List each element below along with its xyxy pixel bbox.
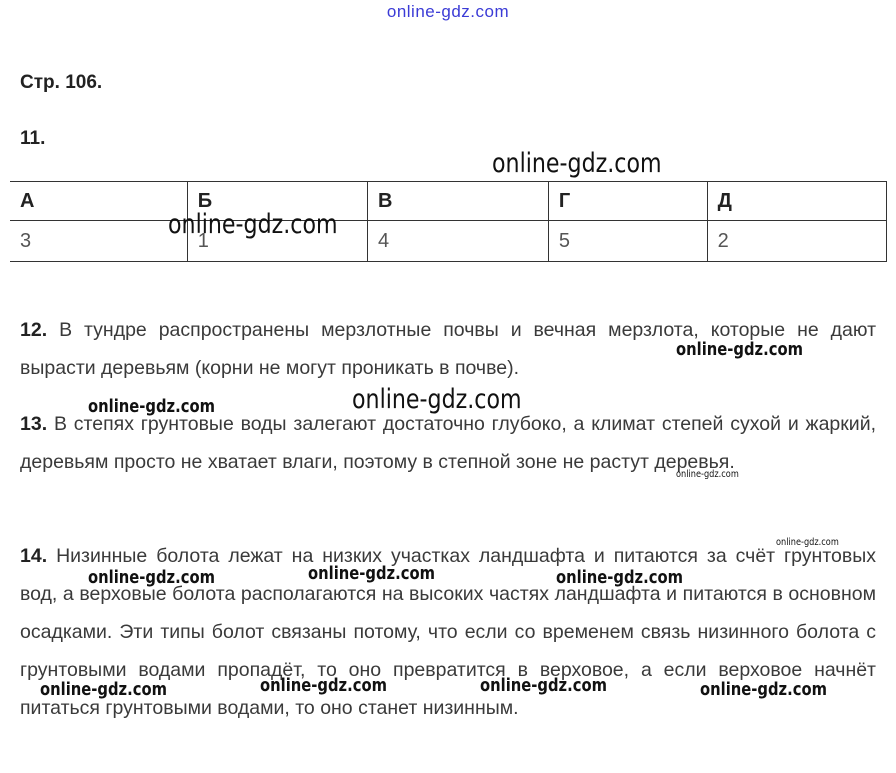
watermark: online-gdz.com (700, 679, 827, 700)
table-cell: 5 (548, 221, 707, 262)
table-cell: 3 (10, 221, 187, 262)
watermark: online-gdz.com (352, 384, 522, 415)
table-header-cell: Г (548, 182, 707, 221)
watermark: online-gdz.com (40, 679, 167, 700)
table-cell: 2 (707, 221, 886, 262)
table-header-row: А Б В Г Д (10, 182, 887, 221)
watermark: online-gdz.com (676, 469, 739, 480)
watermark: online-gdz.com (480, 675, 607, 696)
table-header-cell: Д (707, 182, 886, 221)
task-13-number: 13. (20, 413, 47, 435)
watermark: online-gdz.com (88, 396, 215, 417)
table-header-cell: А (10, 182, 187, 221)
page-label: Стр. 106. (20, 72, 102, 94)
table-cell: 4 (368, 221, 549, 262)
watermark: online-gdz.com (676, 339, 803, 360)
table-header-cell: В (368, 182, 549, 221)
watermark: online-gdz.com (168, 209, 338, 240)
answer-table-task-11: А Б В Г Д 3 1 4 5 2 (10, 181, 887, 262)
task-14-number: 14. (20, 545, 47, 567)
task-13-text: В степях грунтовые воды залегают достато… (20, 413, 876, 473)
header-watermark: online-gdz.com (0, 2, 896, 22)
watermark: online-gdz.com (308, 563, 435, 584)
task-11-number: 11. (20, 128, 45, 150)
watermark: online-gdz.com (88, 567, 215, 588)
watermark: online-gdz.com (776, 537, 839, 548)
table-row: 3 1 4 5 2 (10, 221, 887, 262)
watermark: online-gdz.com (492, 148, 662, 179)
task-12-number: 12. (20, 319, 47, 341)
watermark: online-gdz.com (260, 675, 387, 696)
watermark: online-gdz.com (556, 567, 683, 588)
